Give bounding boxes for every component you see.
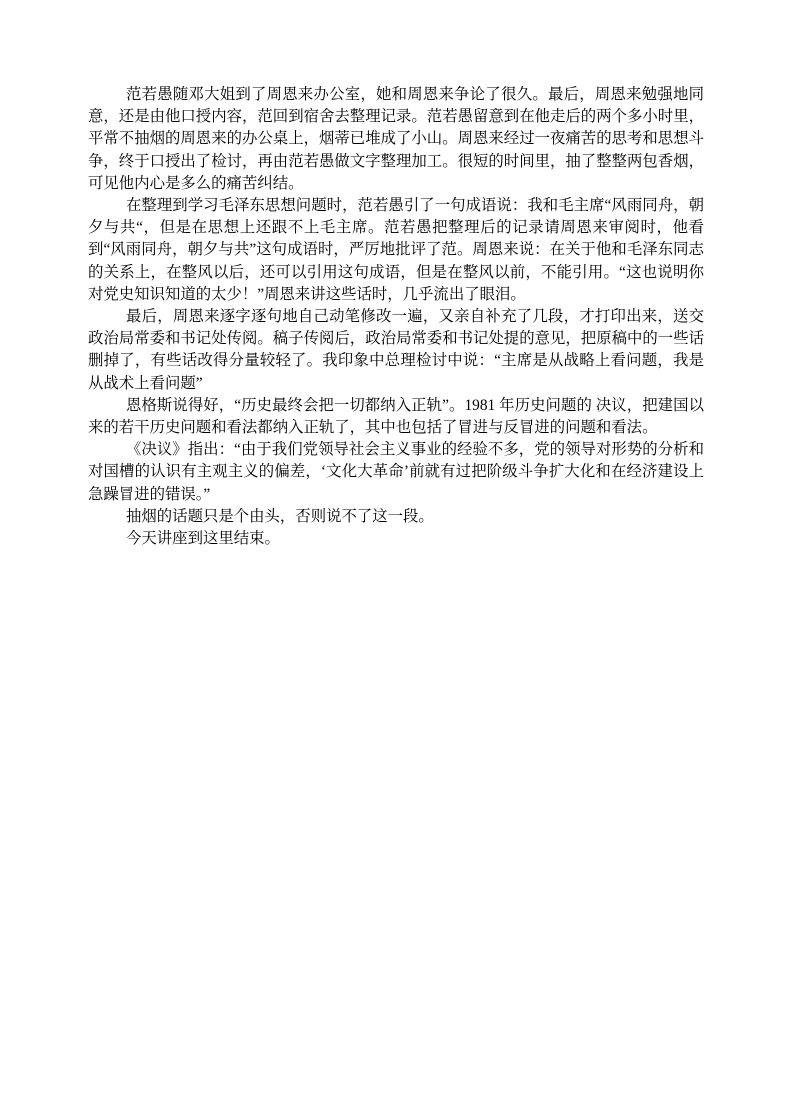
paragraph-2: 在整理到学习毛泽东思想问题时，范若愚引了一句成语说：我和毛主席“风雨同舟，朝夕与… <box>88 195 704 306</box>
paragraph-3: 最后，周恩来逐字逐句地自己动笔修改一遍，又亲自补充了几段，才打印出来，送交政治局… <box>88 306 704 395</box>
document-page: 范若愚随邓大姐到了周恩来办公室，她和周恩来争论了很久。最后，周恩来勉强地同意，还… <box>88 84 704 550</box>
paragraph-5: 《决议》指出：“由于我们党领导社会主义事业的经验不多，党的领导对形势的分析和对国… <box>88 439 704 506</box>
paragraph-1: 范若愚随邓大姐到了周恩来办公室，她和周恩来争论了很久。最后，周恩来勉强地同意，还… <box>88 84 704 195</box>
paragraph-6: 抽烟的话题只是个由头，否则说不了这一段。 <box>88 506 704 528</box>
paragraph-4: 恩格斯说得好，“历史最终会把一切都纳入正轨”。1981 年历史问题的 决议，把建… <box>88 395 704 439</box>
paragraph-7: 今天讲座到这里结束。 <box>88 528 704 550</box>
